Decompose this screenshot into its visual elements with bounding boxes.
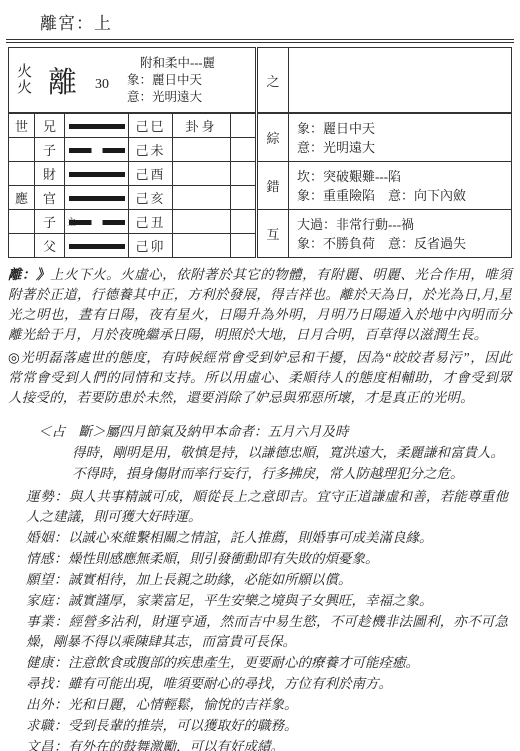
relation-line: 大過：非常行動---禍 — [297, 215, 509, 234]
item-text: 有外在的鼓舞激勵，可以有好成績。 — [68, 739, 284, 751]
item-label: 出外： — [26, 697, 68, 712]
relation-text-hu: 大過：非常行動---禍 象：不勝負荷 意：反省過失 — [289, 210, 512, 258]
divination-item-xunzhao: 尋找：雖有可能出現，唯須要耐心的尋找，方位有利於南方。 — [26, 674, 508, 694]
relation-label-hu: 互 — [257, 210, 289, 258]
note-cell — [173, 210, 231, 234]
relation-line: 象：重重險陷 意：向下內斂 — [297, 186, 509, 205]
item-text: 光和日麗，心情輕鬆，愉悅的吉祥象。 — [68, 697, 298, 712]
hexagram-yi: 意：光明遠大 — [127, 89, 215, 106]
divination-item-qiuzhi: 求職：受到長輩的推崇，可以獲取好的職務。 — [26, 716, 508, 736]
divination-header: ＜占 斷＞屬四月節氣及納甲本命者：五月六月及時 — [38, 421, 520, 442]
ruling-line-marker: 主 — [67, 214, 76, 227]
relation-text-cuo: 坎：突破艱難---陷 象：重重險陷 意：向下內斂 — [289, 162, 512, 210]
relation-line: 意：光明遠大 — [297, 138, 509, 157]
item-text: 燥性則感應無柔順，則引發衝動即有失敗的煩憂象。 — [68, 551, 379, 566]
branch-cell: 己酉 — [129, 162, 173, 186]
hexagram-summary: 附和柔中---麗 象：麗日中天 意：光明遠大 — [127, 55, 215, 106]
lower-trigram: 火 — [17, 80, 32, 96]
divination-item-wenchang: 文昌：有外在的鼓舞激勵，可以有好成績。 — [26, 737, 508, 751]
relation-text-zong: 象：麗日中天 意：光明遠大 — [289, 113, 512, 162]
yao-line-cell — [65, 162, 129, 186]
page-title: 離宮：上 — [40, 9, 520, 34]
branch-cell: 己未 — [129, 138, 173, 162]
note-cell — [173, 234, 231, 258]
spacer-cell — [231, 234, 257, 258]
relative-cell: 官 — [35, 186, 65, 210]
yao-line-icon — [69, 244, 125, 249]
commentary-note: ◎光明磊落處世的態度，有時候經常會受到妒忌和干擾，因為“皎皎者易污”，因此常常會… — [8, 348, 512, 408]
divination-item-yuanwang: 願望：誠實相待，加上長親之助緣，必能如所願以償。 — [26, 570, 508, 590]
yao-line-cell — [65, 186, 129, 210]
divination-item-yunshi: 運勢：與人共事精誠可成，順從長上之意即吉。宜守正道謙虛和善，若能尊重他人之建議，… — [26, 487, 508, 527]
divination-item-hunyin: 婚姻：以誠心來維繫相關之情誼，託人推薦，則婚事可成美滿良緣。 — [26, 528, 508, 548]
commentary-text: 上火下火。火虛心，依附著於其它的物體，有附麗、明麗、光合作用，唯須附著於正道，行… — [8, 267, 512, 342]
relative-cell: 子 — [35, 138, 65, 162]
item-label: 婚姻： — [26, 530, 68, 545]
item-text: 誠實謹厚，家業富足，平生安樂之境與子女興旺，幸福之象。 — [68, 593, 433, 608]
spacer-cell — [231, 138, 257, 162]
divination-item-chuwai: 出外：光和日麗，心情輕鬆，愉悅的吉祥象。 — [26, 695, 508, 715]
hexagram-header-row: 火 火 離 30 附和柔中---麗 象：麗日中天 意：光明遠大 之 — [9, 48, 512, 114]
zhi-column-header: 之 — [257, 48, 289, 114]
hexagram-number: 30 — [95, 77, 109, 93]
yao-line-icon — [69, 172, 125, 177]
item-text: 與人共事精誠可成，順從長上之意即吉。宜守正道謙虛和善，若能尊重他人之建議，則可獲… — [26, 489, 508, 524]
trigram-characters: 火 火 — [17, 64, 32, 96]
position-cell — [9, 210, 35, 234]
position-cell — [9, 138, 35, 162]
item-label: 尋找： — [26, 676, 68, 691]
item-text: 經營多沾利，財運亨通，然而吉中易生慾，不可趁機非法圖利，亦不可急燥，剛暴不得以乘… — [26, 614, 508, 649]
note-cell: 卦身 — [173, 113, 231, 138]
hexagram-table: 火 火 離 30 附和柔中---麗 象：麗日中天 意：光明遠大 之 世 兄 己巳… — [8, 47, 512, 258]
divination-subline: 得時，剛明是用，敬慎是持，以謙德忠順，寬洪遠大，柔麗謙和富貴人。 — [72, 442, 520, 463]
item-text: 誠實相待，加上長親之助緣，必能如所願以償。 — [68, 572, 352, 587]
branch-cell: 己丑 — [129, 210, 173, 234]
item-text: 受到長輩的推崇，可以獲取好的職務。 — [68, 718, 298, 733]
hexagram-commentary: 離：》上火下火。火虛心，依附著於其它的物體，有附麗、明麗、光合作用，唯須附著於正… — [8, 265, 512, 408]
relative-cell: 父 — [35, 234, 65, 258]
yao-line-icon — [69, 196, 125, 201]
hexagram-name: 離 — [48, 60, 77, 101]
yao-line-icon — [69, 220, 125, 225]
hexagram-motto: 附和柔中---麗 — [127, 55, 215, 72]
yao-line-cell — [65, 138, 129, 162]
note-cell — [173, 186, 231, 210]
item-label: 願望： — [26, 572, 68, 587]
yao-line-cell — [65, 234, 129, 258]
item-text: 以誠心來維繫相關之情誼，託人推薦，則婚事可成美滿良緣。 — [68, 530, 433, 545]
item-text: 注意飲食或腹部的疾患產生，更要耐心的療養才可能痊癒。 — [68, 655, 419, 670]
position-cell: 應 — [9, 186, 35, 210]
upper-trigram: 火 — [17, 64, 32, 80]
branch-cell: 己巳 — [129, 113, 173, 138]
spacer-cell — [231, 113, 257, 138]
item-label: 求職： — [26, 718, 68, 733]
relation-label-cuo: 錯 — [257, 162, 289, 210]
note-cell — [173, 162, 231, 186]
relation-line: 象：不勝負荷 意：反省過失 — [297, 234, 509, 253]
relation-label-zong: 綜 — [257, 113, 289, 162]
position-cell: 世 — [9, 113, 35, 138]
divination-items: 運勢：與人共事精誠可成，順從長上之意即吉。宜守正道謙虛和善，若能尊重他人之建議，… — [26, 487, 508, 751]
item-label: 家庭： — [26, 593, 68, 608]
title-divider — [6, 39, 514, 43]
relation-line: 坎：突破艱難---陷 — [297, 167, 509, 186]
transformed-hexagram-cell — [289, 48, 512, 114]
note-cell — [173, 138, 231, 162]
position-cell — [9, 162, 35, 186]
yao-row: 子 主 己丑 互 大過：非常行動---禍 象：不勝負荷 意：反省過失 — [9, 210, 512, 234]
item-text: 雖有可能出現，唯須要耐心的尋找，方位有利於南方。 — [68, 676, 392, 691]
divination-item-qinggan: 情感：燥性則感應無柔順，則引發衝動即有失敗的煩憂象。 — [26, 549, 508, 569]
yao-line-icon — [69, 124, 125, 129]
item-label: 文昌： — [26, 739, 68, 751]
hexagram-header-cell: 火 火 離 30 附和柔中---麗 象：麗日中天 意：光明遠大 — [9, 48, 257, 114]
commentary-lead: 離：》 — [8, 267, 50, 282]
yao-line-cell — [65, 113, 129, 138]
spacer-cell — [231, 162, 257, 186]
relative-cell: 子 — [35, 210, 65, 234]
yao-row: 世 兄 己巳 卦身 綜 象：麗日中天 意：光明遠大 — [9, 113, 512, 138]
divination-item-jiankang: 健康：注意飲食或腹部的疾患產生，更要耐心的療養才可能痊癒。 — [26, 653, 508, 673]
spacer-cell — [231, 210, 257, 234]
item-label: 運勢： — [26, 489, 69, 504]
divination-subline: 不得時，損身傷財而率行妄行，行多拂戾，常人防越理犯分之危。 — [72, 463, 520, 484]
divination-section: ＜占 斷＞屬四月節氣及納甲本命者：五月六月及時 得時，剛明是用，敬慎是持，以謙德… — [0, 421, 520, 751]
yao-line-icon — [69, 148, 125, 153]
yao-line-cell: 主 — [65, 210, 129, 234]
branch-cell: 己亥 — [129, 186, 173, 210]
yao-row: 財 己酉 錯 坎：突破艱難---陷 象：重重險陷 意：向下內斂 — [9, 162, 512, 186]
branch-cell: 己卯 — [129, 234, 173, 258]
spacer-cell — [231, 186, 257, 210]
item-label: 事業： — [26, 614, 69, 629]
relation-line: 象：麗日中天 — [297, 119, 509, 138]
relative-cell: 兄 — [35, 113, 65, 138]
commentary-paragraph: 離：》上火下火。火虛心，依附著於其它的物體，有附麗、明麗、光合作用，唯須附著於正… — [8, 265, 512, 345]
relative-cell: 財 — [35, 162, 65, 186]
hexagram-xiang: 象：麗日中天 — [127, 72, 215, 89]
position-cell — [9, 234, 35, 258]
divination-item-shiye: 事業：經營多沾利，財運亨通，然而吉中易生慾，不可趁機非法圖利，亦不可急燥，剛暴不… — [26, 612, 508, 652]
item-label: 健康： — [26, 655, 68, 670]
divination-item-jiating: 家庭：誠實謹厚，家業富足，平生安樂之境與子女興旺，幸福之象。 — [26, 591, 508, 611]
item-label: 情感： — [26, 551, 68, 566]
